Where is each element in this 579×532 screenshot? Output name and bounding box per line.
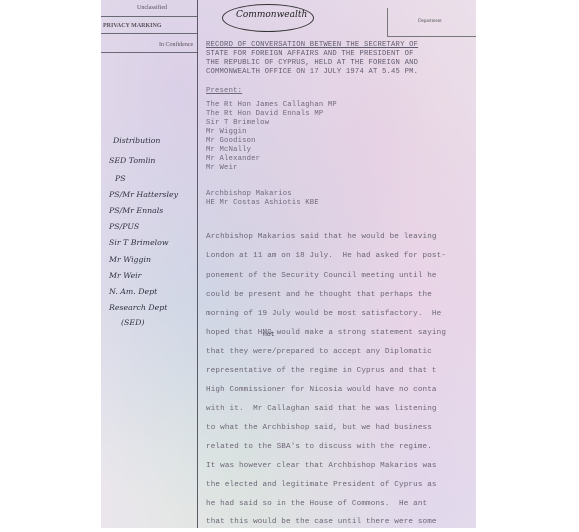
attendee: The Rt Hon James Callaghan MP (206, 101, 337, 110)
attendee: Archbishop Makarios (206, 190, 292, 199)
margin-rule (197, 0, 198, 528)
title-line: COMMONWEALTH OFFICE ON 17 JULY 1974 AT 5… (206, 68, 418, 77)
distribution-heading: Distribution (113, 136, 160, 145)
attendee: Mr Alexander (206, 155, 260, 164)
body-line: he had said so in the House of Commons. … (206, 500, 427, 508)
body-line: representative of the regime in Cyprus a… (206, 367, 437, 375)
body-line: ponement of the Security Council meeting… (206, 272, 437, 280)
body-line: Archbishop Makarios said that he would b… (206, 233, 437, 241)
distribution-item: SED Tomlin (109, 156, 155, 165)
distribution-item: PS (115, 174, 126, 183)
attendee: Mr McNally (206, 146, 251, 155)
body-line: hoped that HMG would make a strong state… (206, 329, 446, 337)
title-line: RECORD OF CONVERSATION BETWEEN THE SECRE… (206, 41, 418, 50)
attendee: The Rt Hon David Ennals MP (206, 110, 323, 119)
body-line: that they were/prepared to accept any Di… (206, 348, 432, 356)
distribution-item: Research Dept (109, 303, 167, 312)
classification-label: Unclassified (137, 5, 167, 11)
header-divider (101, 33, 197, 34)
in-confidence-label: In Confidence (159, 42, 193, 48)
body-line: the elected and legitimate President of … (206, 481, 437, 489)
body-line: could be present and he thought that per… (206, 291, 432, 299)
distribution-item: (SED) (121, 318, 144, 327)
distribution-item: Mr Weir (109, 271, 141, 280)
distribution-item: Sir T Brimelow (109, 238, 169, 247)
distribution-item: PS/Mr Ennals (109, 206, 163, 215)
body-line: to what the Archbishop said, but we had … (206, 424, 432, 432)
title-line: STATE FOR FOREIGN AFFAIRS AND THE PRESID… (206, 50, 414, 59)
header-divider (101, 16, 197, 17)
header-divider (101, 52, 197, 53)
distribution-item: N. Am. Dept (109, 287, 157, 296)
department-label: Department (418, 19, 442, 24)
privacy-marking-label: PRIVACY MARKING (103, 23, 162, 29)
body-line: It was however clear that Archbishop Mak… (206, 462, 437, 470)
department-box: Department (387, 8, 476, 37)
handwritten-annotation: Commonwealth (236, 10, 307, 20)
attendee: Mr Wiggin (206, 128, 247, 137)
body-line: with it. Mr Callaghan said that he was l… (206, 405, 437, 413)
distribution-item: Mr Wiggin (109, 255, 151, 264)
attendee: Mr Goodison (206, 137, 256, 146)
attendee: HE Mr Costas Ashiotis KBE (206, 199, 319, 208)
body-line: High Commissioner for Nicosia would have… (206, 386, 437, 394)
body-line: London at 11 am on 18 July. He had asked… (206, 252, 446, 260)
distribution-item: PS/PUS (109, 222, 139, 231)
attendee: Sir T Brimelow (206, 119, 269, 128)
body-line: related to the SBA's to discuss with the… (206, 443, 432, 451)
title-line: THE REPUBLIC OF CYPRUS, HELD AT THE FORE… (206, 59, 418, 68)
body-line: that this would be the case until there … (206, 518, 437, 526)
inserted-word: not (263, 331, 275, 338)
distribution-item: PS/Mr Hattersley (109, 190, 178, 199)
body-line: morning of 19 July would be most satisfa… (206, 310, 441, 318)
present-label: Present: (206, 87, 242, 96)
attendee: Mr Weir (206, 164, 238, 173)
scanned-document-page: Unclassified PRIVACY MARKING In Confiden… (101, 0, 476, 528)
